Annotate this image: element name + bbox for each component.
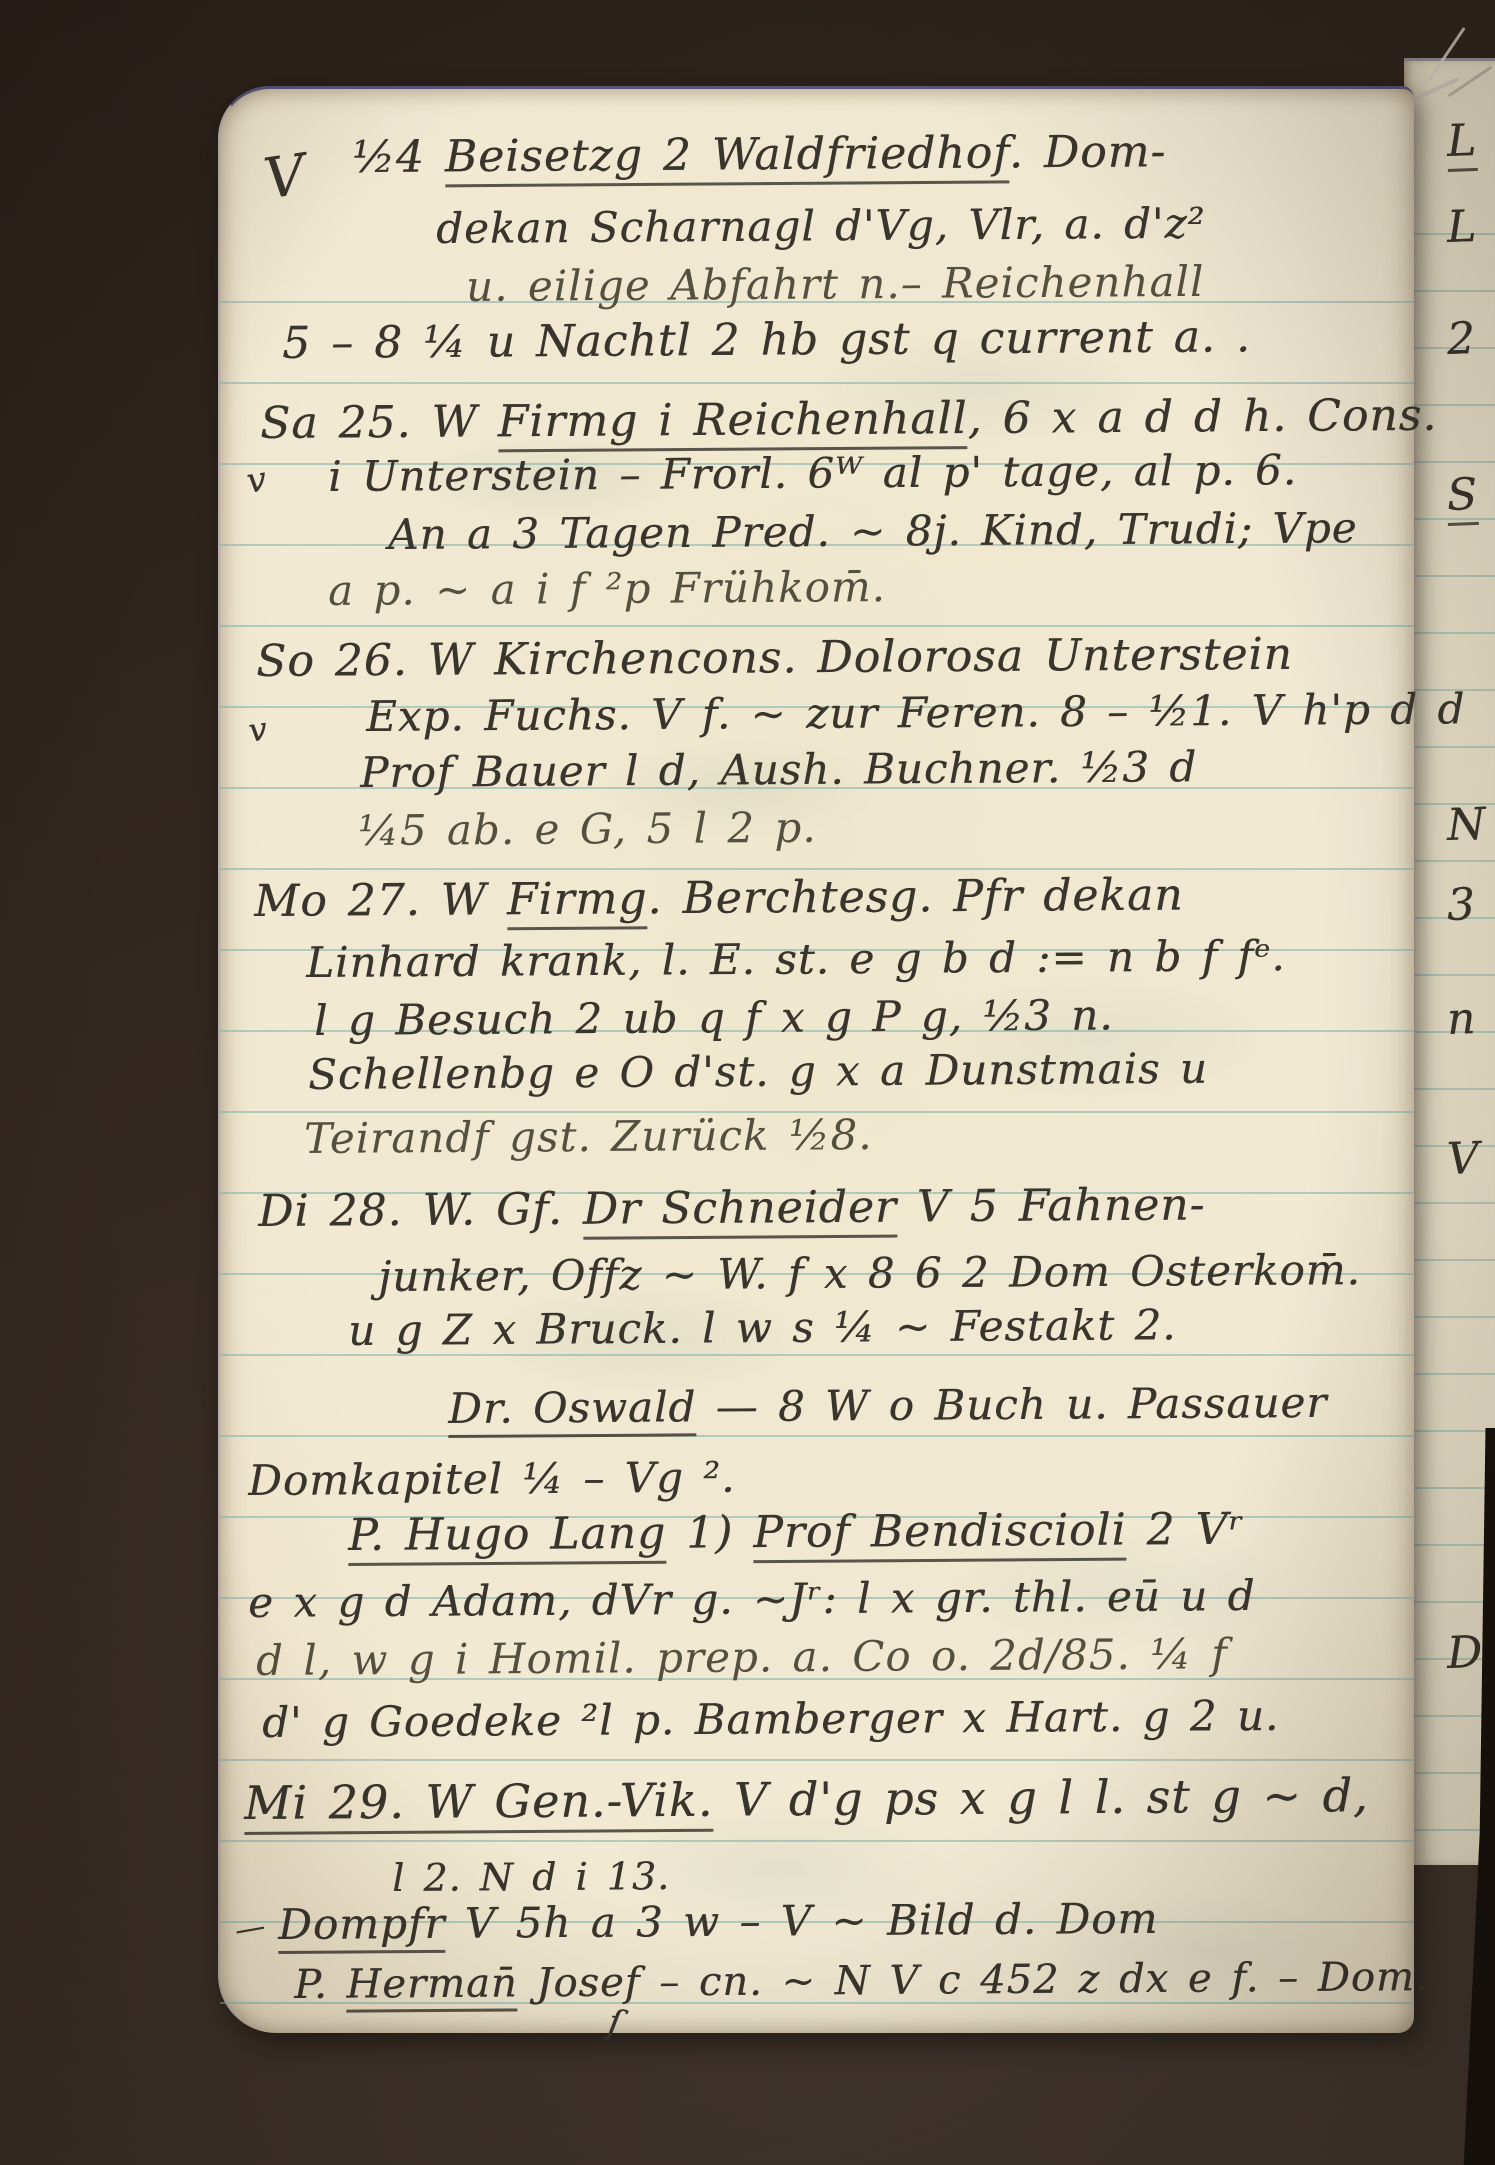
diary-page bbox=[218, 86, 1414, 2033]
facing-page-ruled-lines bbox=[1404, 233, 1495, 1865]
facing-page-sliver bbox=[1404, 58, 1495, 1865]
ink-bleedthrough-texture bbox=[220, 89, 1414, 2033]
photo-of-open-diary: { "document": { "kind": "Handwritten poc… bbox=[0, 0, 1495, 2165]
